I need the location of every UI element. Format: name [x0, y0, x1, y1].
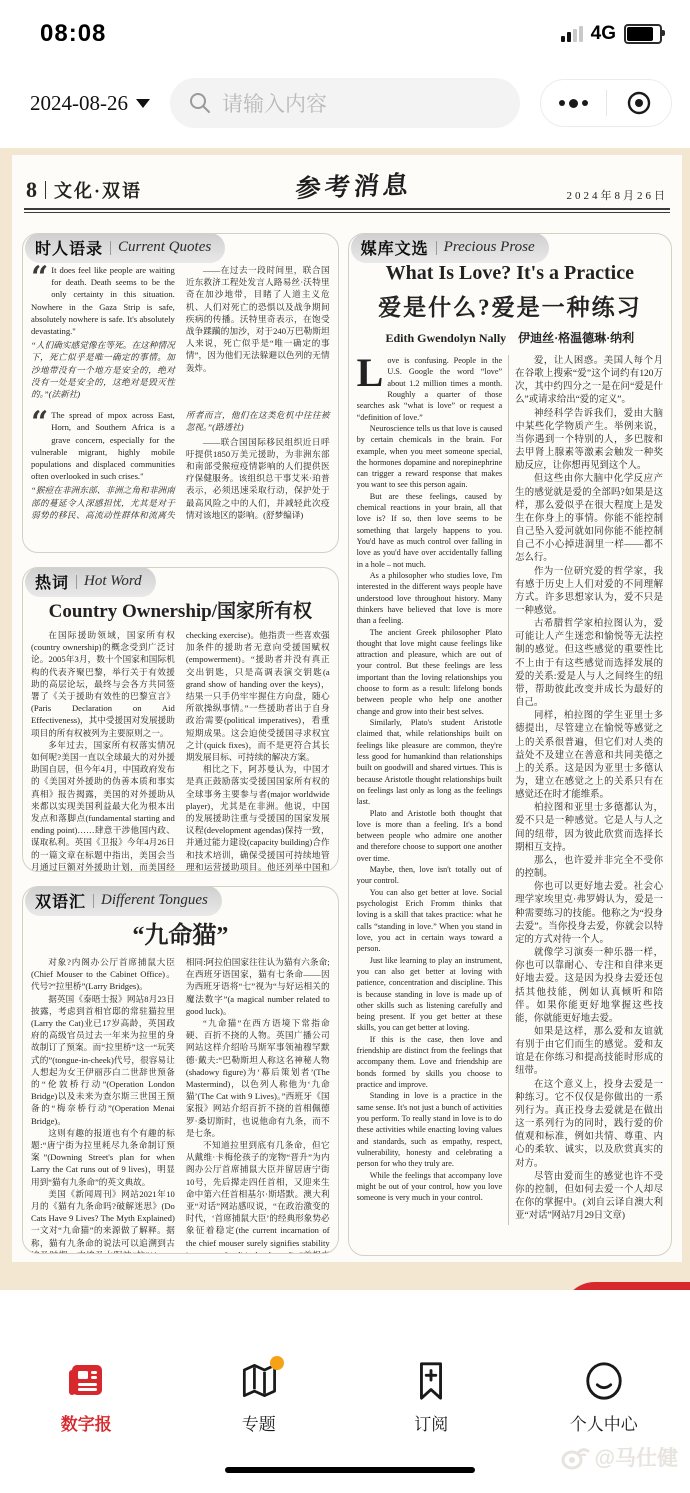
newspaper-icon	[63, 1358, 109, 1404]
page-section-label: 文化·双语	[54, 177, 142, 203]
search-icon	[188, 91, 212, 115]
newspaper-date: 2024年8月26日	[567, 187, 669, 203]
network-type-label: 4G	[591, 23, 616, 45]
nav-label: 订阅	[414, 1410, 448, 1435]
minimize-button[interactable]	[607, 80, 672, 126]
watermark-text: @马仕健	[595, 1442, 678, 1472]
quote-note: ——联合国国际移民组织近日呼吁提供1850万美元援助，为非洲东部和南部受猴痘疫情…	[186, 436, 330, 521]
more-button[interactable]	[541, 80, 606, 126]
nav-item-profile[interactable]: 个人中心	[544, 1358, 664, 1435]
watermark: @马仕健	[561, 1442, 678, 1472]
section-current-quotes: 时人语录 Current Quotes “It does feel like p…	[22, 233, 339, 553]
bookmark-plus-icon	[408, 1358, 454, 1404]
date-selector-label: 2024-08-26	[30, 91, 128, 116]
caret-down-icon	[136, 99, 150, 108]
quote-mark-icon: “	[31, 409, 48, 436]
column-rule	[508, 355, 509, 1225]
search-input[interactable]: 请输入内容	[170, 78, 520, 128]
search-placeholder: 请输入内容	[222, 88, 327, 118]
status-bar: 08:08 4G	[0, 0, 690, 58]
section-tag-hot-word: 热词 Hot Word	[25, 567, 156, 597]
app-header: 2024-08-26 请输入内容	[0, 58, 690, 148]
miniprogram-capsule	[540, 79, 672, 127]
section-different-tongues: 双语汇 Different Tongues “九命猫” 对象?内阁办公厅首席捕鼠…	[22, 886, 339, 1254]
nav-label: 个人中心	[570, 1410, 638, 1435]
prose-title-cn: 爱是什么?爱是一种练习	[357, 289, 663, 322]
tongues-headline: “九命猫”	[31, 915, 330, 950]
quote-mark-icon: “	[31, 264, 48, 291]
hot-word-body: 在国际援助领域，国家所有权(country ownership)的概念受到广泛讨…	[31, 629, 330, 872]
weibo-camera-icon	[561, 1444, 591, 1470]
masthead: 参考消息	[294, 165, 414, 205]
battery-icon	[624, 24, 662, 44]
quote-item: “It does feel like people are waiting fo…	[31, 264, 330, 400]
bottom-bar: 数字报 专题 订阅	[0, 1290, 690, 1493]
nav-label: 专题	[242, 1410, 276, 1435]
nav-item-subscribe[interactable]: 订阅	[371, 1358, 491, 1435]
newspaper-header: 8 文化·双语 参考消息 2024年8月26日	[12, 155, 682, 208]
header-divider	[45, 181, 46, 199]
circle-dot-icon	[626, 90, 652, 116]
badge-dot	[270, 1356, 284, 1370]
nav-item-topics[interactable]: 专题	[199, 1358, 319, 1435]
tongues-body: 对象?内阁办公厅首席捕鼠大臣(Chief Mouser to the Cabin…	[31, 956, 330, 1254]
quote-cn: “人们确实感觉像在等死。在这种情况下，死亡似乎是唯一确定的事情。加沙地带没有一个…	[31, 339, 175, 400]
prose-byline: Edith Gwendolyn Nally 伊迪丝·格温德琳·纳利	[357, 329, 663, 346]
smiley-face-icon	[581, 1358, 627, 1404]
signal-icon	[561, 26, 583, 42]
quote-en: It does feel like people are waiting for…	[31, 265, 175, 336]
newspaper-page[interactable]: 8 文化·双语 参考消息 2024年8月26日 时人语录 Current Quo…	[12, 155, 682, 1262]
prose-title-en: What Is Love? It's a Practice	[357, 262, 663, 285]
status-time: 08:08	[40, 20, 106, 48]
section-tag-precious-prose: 媒库文选 Precious Prose	[351, 233, 549, 263]
prose-body-chinese: 爱，让人困惑。美国人每个月在谷歌上搜索“爱”这个词约有120万次，其中约四分之一…	[515, 355, 663, 1225]
quote-en: The spread of mpox across East, Horn, an…	[31, 410, 175, 481]
map-icon	[236, 1358, 282, 1404]
quote-item: “The spread of mpox across East, Horn, a…	[31, 409, 330, 521]
prose-body-english: Love is confusing. People in the U.S. Go…	[357, 355, 503, 1225]
nav-item-digital-paper[interactable]: 数字报	[26, 1358, 146, 1435]
quote-note: ——在过去一段时间里，联合国近东救济工程处发言人路易丝·沃特里奇在加沙地带，目睹…	[186, 264, 330, 374]
nav-label: 数字报	[61, 1410, 112, 1435]
reader-background: 8 文化·双语 参考消息 2024年8月26日 时人语录 Current Quo…	[0, 148, 690, 1290]
section-tag-current-quotes: 时人语录 Current Quotes	[25, 233, 225, 263]
section-tag-different-tongues: 双语汇 Different Tongues	[25, 886, 222, 916]
page-number: 8	[26, 177, 37, 203]
section-hot-word: 热词 Hot Word Country Ownership/国家所有权 在国际援…	[22, 567, 339, 872]
date-selector[interactable]: 2024-08-26	[30, 91, 150, 116]
bottom-nav: 数字报 专题 订阅	[0, 1358, 690, 1435]
hot-word-headline: Country Ownership/国家所有权	[31, 596, 330, 623]
section-precious-prose: 媒库文选 Precious Prose What Is Love? It's a…	[348, 233, 672, 1256]
home-indicator[interactable]	[225, 1467, 475, 1473]
